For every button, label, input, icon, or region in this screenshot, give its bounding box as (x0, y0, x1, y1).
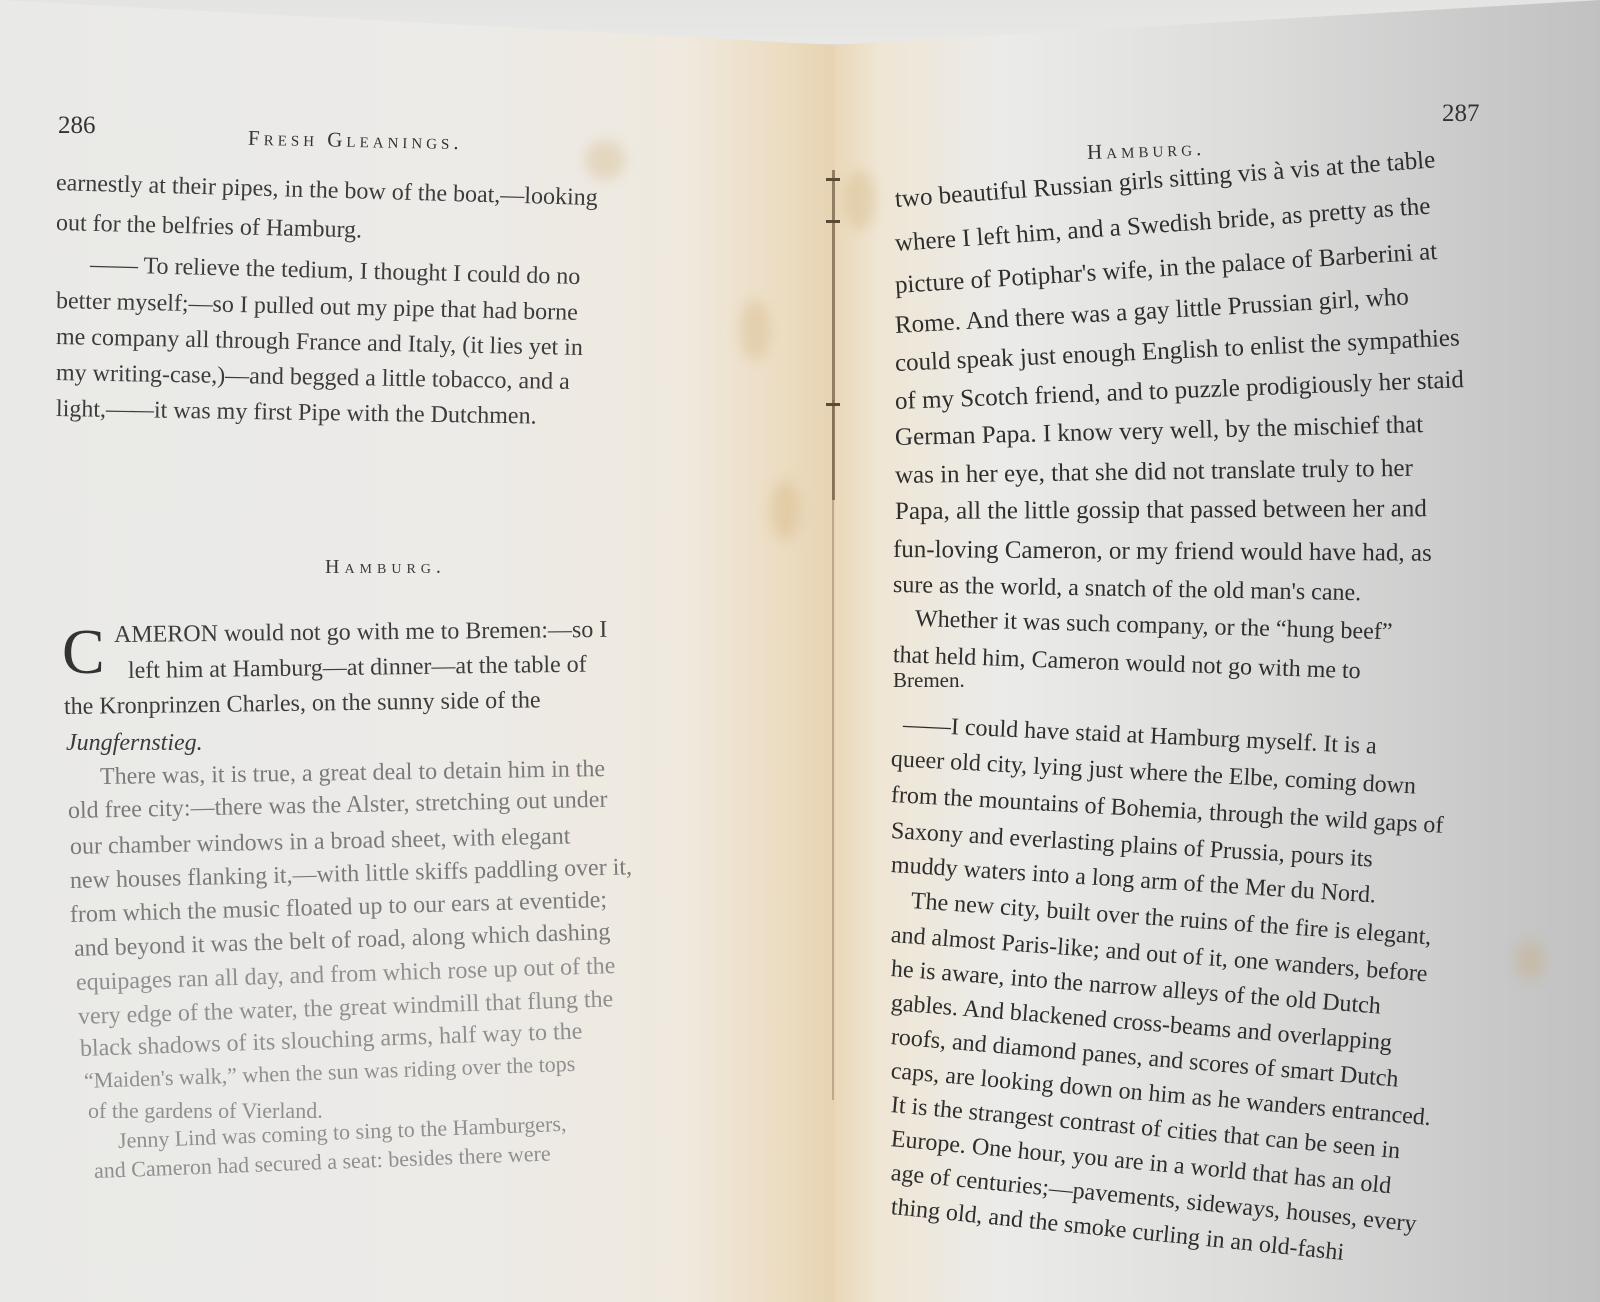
text-line: old free city:—there was the Alster, str… (68, 787, 608, 825)
text-line: Papa, all the little gossip that passed … (895, 495, 1427, 526)
text-line: light,——it was my first Pipe with the Du… (56, 396, 537, 431)
text-line: AMERON would not go with me to Bremen:—s… (114, 617, 608, 649)
text-line: was in her eye, that she did not transla… (895, 455, 1413, 490)
text-line: sure as the world, a snatch of the old m… (893, 572, 1362, 607)
text-line: earnestly at their pipes, in the bow of … (56, 170, 598, 212)
gutter-binding (832, 400, 834, 1100)
page-number: 287 (1442, 100, 1480, 128)
binding-stitch (826, 178, 840, 181)
text-line: me company all through France and Italy,… (56, 324, 583, 362)
text-line: my writing-case,)—and begged a little to… (56, 360, 570, 396)
left-page: 286 Fresh Gleanings. earnestly at their … (0, 0, 835, 1302)
drop-cap: C (62, 620, 105, 684)
text-line: better myself;—so I pulled out my pipe t… (56, 288, 578, 327)
text-line: Jungfernstieg. (66, 730, 203, 757)
text-line: There was, it is true, a great deal to d… (100, 756, 606, 791)
open-book-spread: 286 Fresh Gleanings. earnestly at their … (0, 0, 1600, 1302)
binding-stitch (826, 403, 840, 406)
running-head: Fresh Gleanings. (248, 126, 463, 155)
text-line: Bremen. (893, 668, 965, 693)
page-number: 286 (58, 112, 96, 140)
text-line: German Papa. I know very well, by the mi… (895, 411, 1424, 452)
text-line: left him at Hamburg—at dinner—at the tab… (128, 652, 587, 685)
text-line: Whether it was such company, or the “hun… (915, 606, 1393, 646)
text-line: fun-loving Cameron, or my friend would h… (893, 536, 1432, 568)
running-head: Hamburg. (1087, 136, 1206, 165)
binding-stitch (826, 220, 840, 223)
text-line: out for the belfries of Hamburg. (56, 210, 363, 244)
section-heading: Hamburg. (325, 556, 446, 579)
text-line: our chamber windows in a broad sheet, wi… (70, 824, 571, 861)
text-line: —— To relieve the tedium, I thought I co… (90, 252, 581, 291)
text-line: the Kronprinzen Charles, on the sunny si… (64, 687, 541, 721)
right-page: 287 Hamburg. two beautiful Russian girls… (835, 0, 1600, 1302)
text-line: of the gardens of Vierland. (88, 1098, 323, 1124)
